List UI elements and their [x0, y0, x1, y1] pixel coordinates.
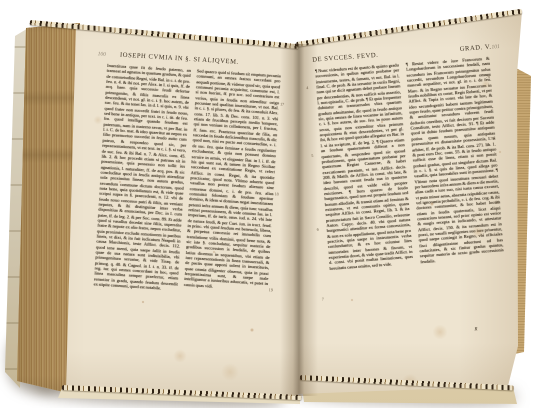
margin-mark: 17 — [280, 101, 284, 106]
margin-mark: 19 — [269, 287, 273, 292]
margin-mark: 6 — [316, 227, 318, 232]
margin-mark: 78 — [486, 74, 491, 79]
left-folio-number: 100 — [98, 51, 107, 57]
bottom-page-stack-left — [0, 0, 533, 408]
fore-edge-right — [0, 0, 533, 408]
book-photo: 100 IOSEPH CVMIA IN §. SI ALIQVEM. Inues… — [0, 0, 533, 408]
text-column: Inuestitura quae fit de feudo paterno, a… — [90, 63, 191, 344]
left-page: 100 IOSEPH CVMIA IN §. SI ALIQVEM. Inues… — [0, 0, 533, 408]
running-head-spacer — [379, 51, 460, 57]
margin-mark: 80 — [495, 199, 500, 204]
left-running-head-title: IOSEPH CVMIA IN §. SI ALIQVEM. — [120, 52, 239, 66]
right-running-head: DE SVCCES. FEVD. GRAD. V. 101 — [308, 42, 506, 63]
left-page-content: 100 IOSEPH CVMIA IN §. SI ALIQVEM. Inues… — [74, 50, 290, 391]
left-text-columns: Inuestitura quae fit de feudo paterno, a… — [76, 62, 288, 349]
right-running-head-right: GRAD. V. — [460, 44, 492, 53]
right-text-columns: ¶ Nunc videndum est de quarto & quinto g… — [309, 54, 526, 336]
deckled-edge-bottom-right — [300, 375, 514, 390]
text-column: ¶ Nunc videndum est de quarto & quinto g… — [315, 62, 418, 335]
text-column: ¶ Restat videre de iure Francorum & Long… — [406, 56, 509, 329]
margin-mark: 4 — [306, 85, 308, 90]
margin-mark: 7 — [322, 296, 324, 301]
right-page-content: DE SVCCES. FEVD. GRAD. V. 101 ¶ Nunc vid… — [308, 42, 530, 386]
gutter-shadow — [280, 44, 318, 396]
left-running-head: 100 IOSEPH CVMIA IN §. SI ALIQVEM. — [94, 50, 290, 69]
fore-edge-left — [0, 0, 533, 408]
margin-mark: 18 — [274, 191, 278, 196]
text-column: Sed quaero quid si feudum sit emptum pec… — [180, 68, 281, 349]
deckled-edge-top-right — [296, 9, 522, 47]
margin-mark: 79 — [490, 136, 495, 141]
book-drop-shadow-right — [290, 378, 517, 408]
bottom-page-stack-right — [0, 0, 533, 408]
deckled-edge-top-left — [30, 20, 299, 49]
catchword: R — [474, 327, 477, 332]
book-drop-shadow-left — [34, 377, 285, 408]
vellum-binding-edge — [0, 0, 533, 408]
deckled-edge-bottom-left — [62, 385, 302, 400]
right-running-head-left: DE SVCCES. FEVD. — [312, 52, 379, 64]
book-drop-shadow-corner — [8, 330, 68, 392]
right-folio-number: 101 — [491, 44, 500, 51]
margin-mark: 5 — [311, 153, 313, 158]
right-page: DE SVCCES. FEVD. GRAD. V. 101 ¶ Nunc vid… — [0, 0, 533, 408]
